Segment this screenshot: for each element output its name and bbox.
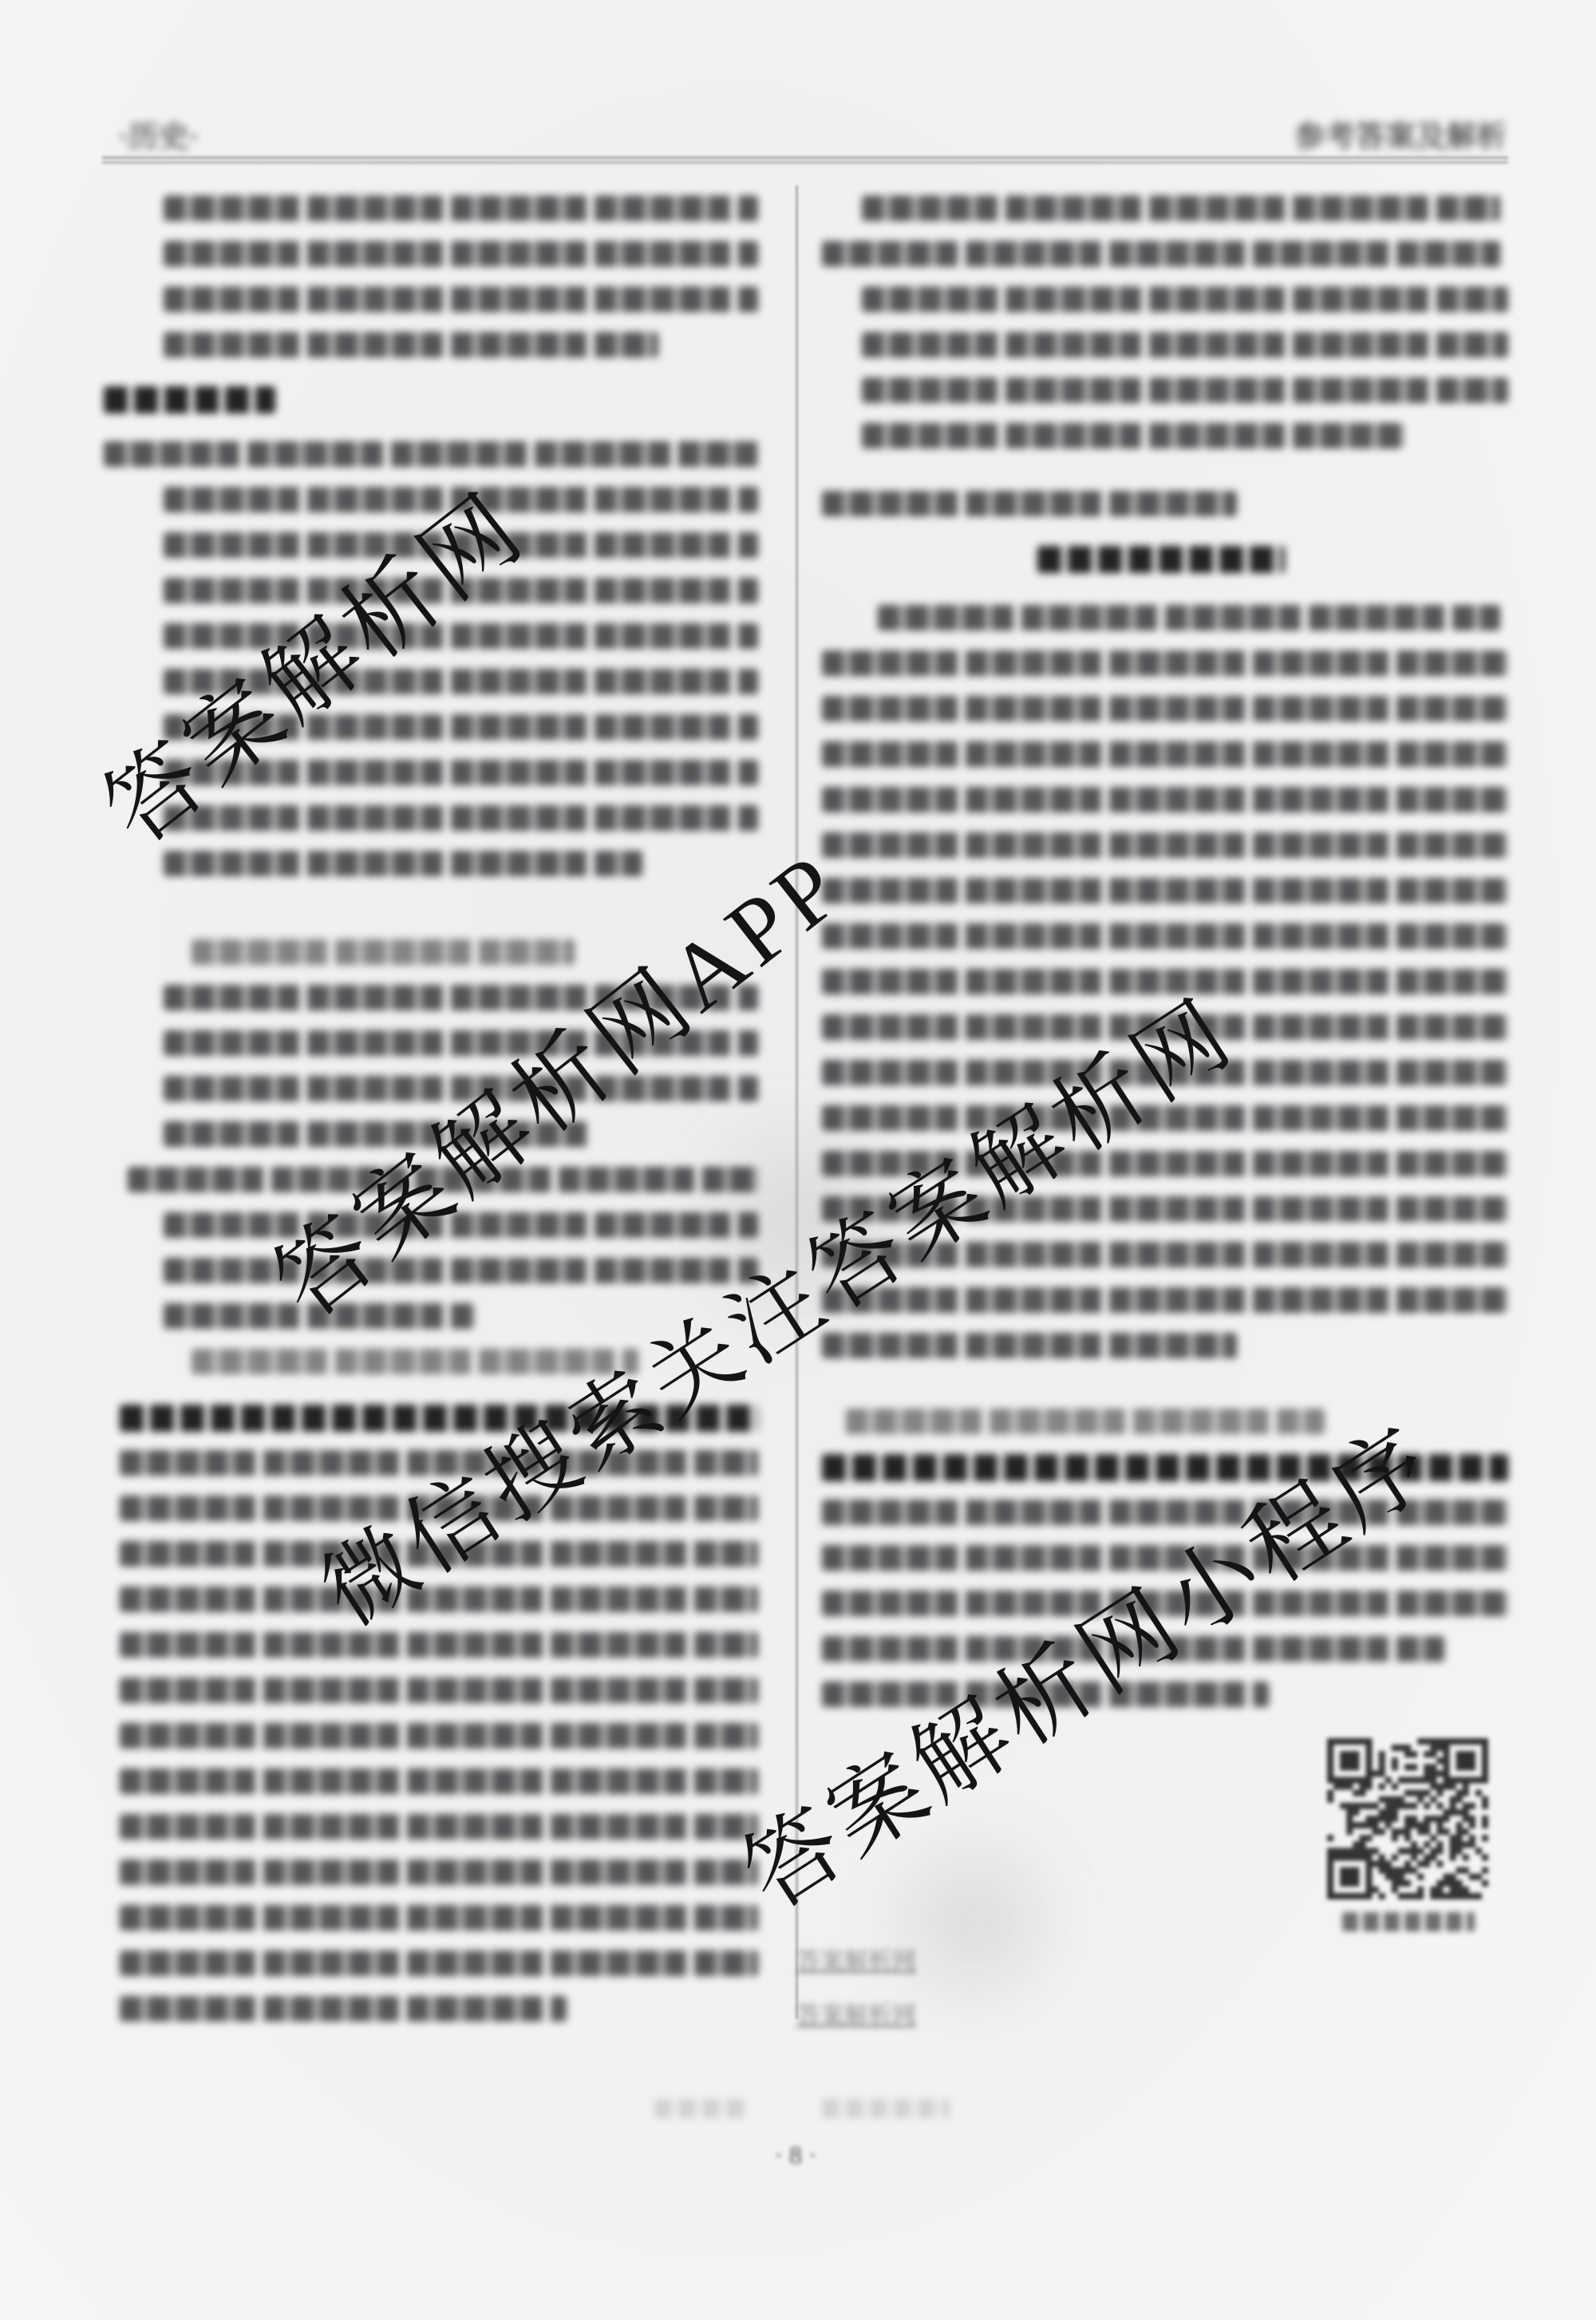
text-line-blur bbox=[164, 332, 658, 358]
text-line-blur bbox=[120, 1996, 567, 2022]
text-line-blur bbox=[192, 939, 575, 965]
document-page: ·历史· 参考答案及解析 答案解析网答案解析网 答案解析网答案解析网APP微信搜… bbox=[0, 0, 1596, 2320]
qr-code bbox=[1327, 1738, 1488, 1903]
text-line-blur bbox=[164, 287, 758, 312]
text-line-blur bbox=[164, 851, 642, 876]
inline-watermark-text: 答案解析网 bbox=[796, 1941, 916, 1976]
text-line-blur bbox=[164, 1258, 758, 1283]
text-line-blur bbox=[862, 332, 1508, 358]
text-line-blur bbox=[822, 696, 1508, 721]
column-divider-line bbox=[796, 185, 798, 2019]
text-line-blur bbox=[120, 1678, 758, 1703]
header-answers-title: 参考答案及解析 bbox=[1294, 112, 1507, 156]
text-line-blur bbox=[822, 741, 1508, 767]
text-line-blur bbox=[1037, 546, 1285, 573]
text-line-blur bbox=[120, 1950, 758, 1976]
text-line-blur bbox=[164, 196, 758, 221]
text-line-blur bbox=[822, 787, 1508, 812]
inline-watermark-text: 答案解析网 bbox=[796, 1995, 916, 2030]
text-line-blur bbox=[822, 1333, 1237, 1358]
text-line-blur bbox=[120, 1814, 758, 1840]
text-line-blur bbox=[164, 241, 758, 267]
text-line-blur bbox=[120, 1905, 758, 1931]
header-rule bbox=[102, 156, 1508, 164]
faint-text-blob bbox=[822, 2099, 950, 2118]
text-line-blur bbox=[862, 287, 1508, 312]
text-line-blur bbox=[846, 1409, 1325, 1434]
text-line-blur bbox=[192, 1349, 638, 1374]
text-line-blur bbox=[120, 1860, 758, 1885]
text-line-blur bbox=[822, 878, 1508, 903]
text-line-blur bbox=[822, 241, 1500, 267]
text-line-blur bbox=[822, 969, 1508, 994]
text-line-blur bbox=[822, 1287, 1508, 1313]
text-line-blur bbox=[822, 832, 1508, 858]
text-line-blur bbox=[120, 1723, 758, 1749]
text-line-blur bbox=[822, 923, 1508, 949]
text-line-blur bbox=[822, 650, 1508, 676]
text-line-blur bbox=[822, 491, 1237, 516]
text-line-blur bbox=[120, 1769, 758, 1794]
text-line-blur bbox=[164, 623, 758, 649]
qr-caption bbox=[1342, 1912, 1475, 1931]
text-line-blur bbox=[104, 386, 275, 413]
text-line-blur bbox=[164, 805, 758, 831]
text-line-blur bbox=[878, 605, 1500, 630]
header-subject-label: ·历史· bbox=[118, 112, 199, 156]
text-line-blur bbox=[862, 423, 1404, 449]
text-line-blur bbox=[862, 196, 1500, 221]
text-line-blur bbox=[862, 377, 1508, 403]
text-line-blur bbox=[104, 441, 758, 467]
faint-text-blob bbox=[654, 2099, 750, 2118]
text-line-blur bbox=[120, 1632, 758, 1658]
page-number: · 8 · bbox=[748, 2140, 843, 2170]
